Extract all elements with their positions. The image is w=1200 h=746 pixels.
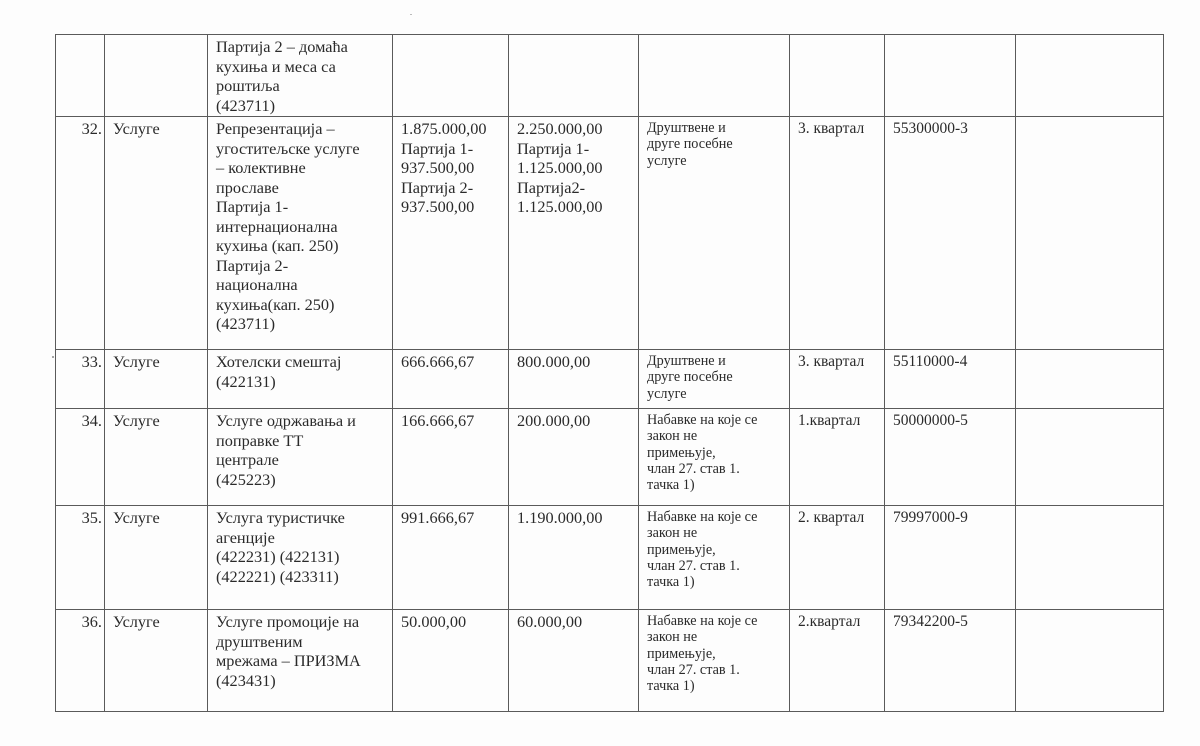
procurement-subject: Хотелски смештај (422131) <box>208 350 393 409</box>
estimated-value-without-vat: 1.875.000,00 Партија 1- 937.500,00 Парти… <box>393 117 509 350</box>
note <box>1016 409 1164 506</box>
row-number: 35. <box>56 506 105 610</box>
table-row: 34. Услуге Услуге одржавања и поправке Т… <box>56 409 1164 506</box>
table-row: 32. Услуге Репрезентација – угоститељске… <box>56 117 1164 350</box>
estimated-value-with-vat: 1.190.000,00 <box>509 506 639 610</box>
estimated-value-with-vat: 2.250.000,00 Партија 1- 1.125.000,00 Пар… <box>509 117 639 350</box>
estimated-value-without-vat: 50.000,00 <box>393 610 509 712</box>
row-number <box>56 35 105 117</box>
table-row: Партија 2 – домаћа кухиња и меса са рошт… <box>56 35 1164 117</box>
table-row: 35. Услуге Услуга туристичке агенције (4… <box>56 506 1164 610</box>
procedure-type: Друштвене и друге посебне услуге <box>639 117 790 350</box>
procedure-type: Набавке на које се закон не примењује, ч… <box>639 610 790 712</box>
row-number: 34. <box>56 409 105 506</box>
cpv-code: 50000000-5 <box>885 409 1016 506</box>
procurement-subject: Услуге промоције на друштвеним мрежама –… <box>208 610 393 712</box>
cpv-code <box>885 35 1016 117</box>
estimated-value-without-vat <box>393 35 509 117</box>
procurement-type: Услуге <box>105 506 208 610</box>
planned-period: 3. квартал <box>790 350 885 409</box>
procurement-type: Услуге <box>105 117 208 350</box>
row-number: 36. <box>56 610 105 712</box>
procurement-subject: Репрезентација – угоститељске услуге – к… <box>208 117 393 350</box>
procedure-type: Набавке на које се закон не примењује, ч… <box>639 506 790 610</box>
cpv-code: 55110000-4 <box>885 350 1016 409</box>
estimated-value-with-vat: 800.000,00 <box>509 350 639 409</box>
procedure-type <box>639 35 790 117</box>
estimated-value-with-vat: 200.000,00 <box>509 409 639 506</box>
cpv-code: 79997000-9 <box>885 506 1016 610</box>
table-row: 33. Услуге Хотелски смештај (422131) 666… <box>56 350 1164 409</box>
scan-artifact <box>52 356 54 358</box>
estimated-value-without-vat: 666.666,67 <box>393 350 509 409</box>
procurement-type <box>105 35 208 117</box>
row-number: 33. <box>56 350 105 409</box>
note <box>1016 610 1164 712</box>
estimated-value-without-vat: 991.666,67 <box>393 506 509 610</box>
note <box>1016 117 1164 350</box>
procurement-subject: Услуге одржавања и поправке ТТ централе … <box>208 409 393 506</box>
planned-period: 3. квартал <box>790 117 885 350</box>
scan-artifact <box>410 14 412 15</box>
estimated-value-without-vat: 166.666,67 <box>393 409 509 506</box>
cpv-code: 79342200-5 <box>885 610 1016 712</box>
note <box>1016 350 1164 409</box>
procurement-subject: Услуга туристичке агенције (422231) (422… <box>208 506 393 610</box>
planned-period: 1.квартал <box>790 409 885 506</box>
scanned-document-page: Партија 2 – домаћа кухиња и меса са рошт… <box>0 0 1200 746</box>
procurement-plan-table: Партија 2 – домаћа кухиња и меса са рошт… <box>55 34 1164 712</box>
procurement-type: Услуге <box>105 610 208 712</box>
estimated-value-with-vat: 60.000,00 <box>509 610 639 712</box>
note <box>1016 506 1164 610</box>
planned-period: 2.квартал <box>790 610 885 712</box>
estimated-value-with-vat <box>509 35 639 117</box>
planned-period: 2. квартал <box>790 506 885 610</box>
cpv-code: 55300000-3 <box>885 117 1016 350</box>
note <box>1016 35 1164 117</box>
row-number: 32. <box>56 117 105 350</box>
procurement-type: Услуге <box>105 409 208 506</box>
procedure-type: Набавке на које се закон не примењује, ч… <box>639 409 790 506</box>
planned-period <box>790 35 885 117</box>
procurement-type: Услуге <box>105 350 208 409</box>
procurement-subject: Партија 2 – домаћа кухиња и меса са рошт… <box>208 35 393 117</box>
procedure-type: Друштвене и друге посебне услуге <box>639 350 790 409</box>
table-row: 36. Услуге Услуге промоције на друштвени… <box>56 610 1164 712</box>
